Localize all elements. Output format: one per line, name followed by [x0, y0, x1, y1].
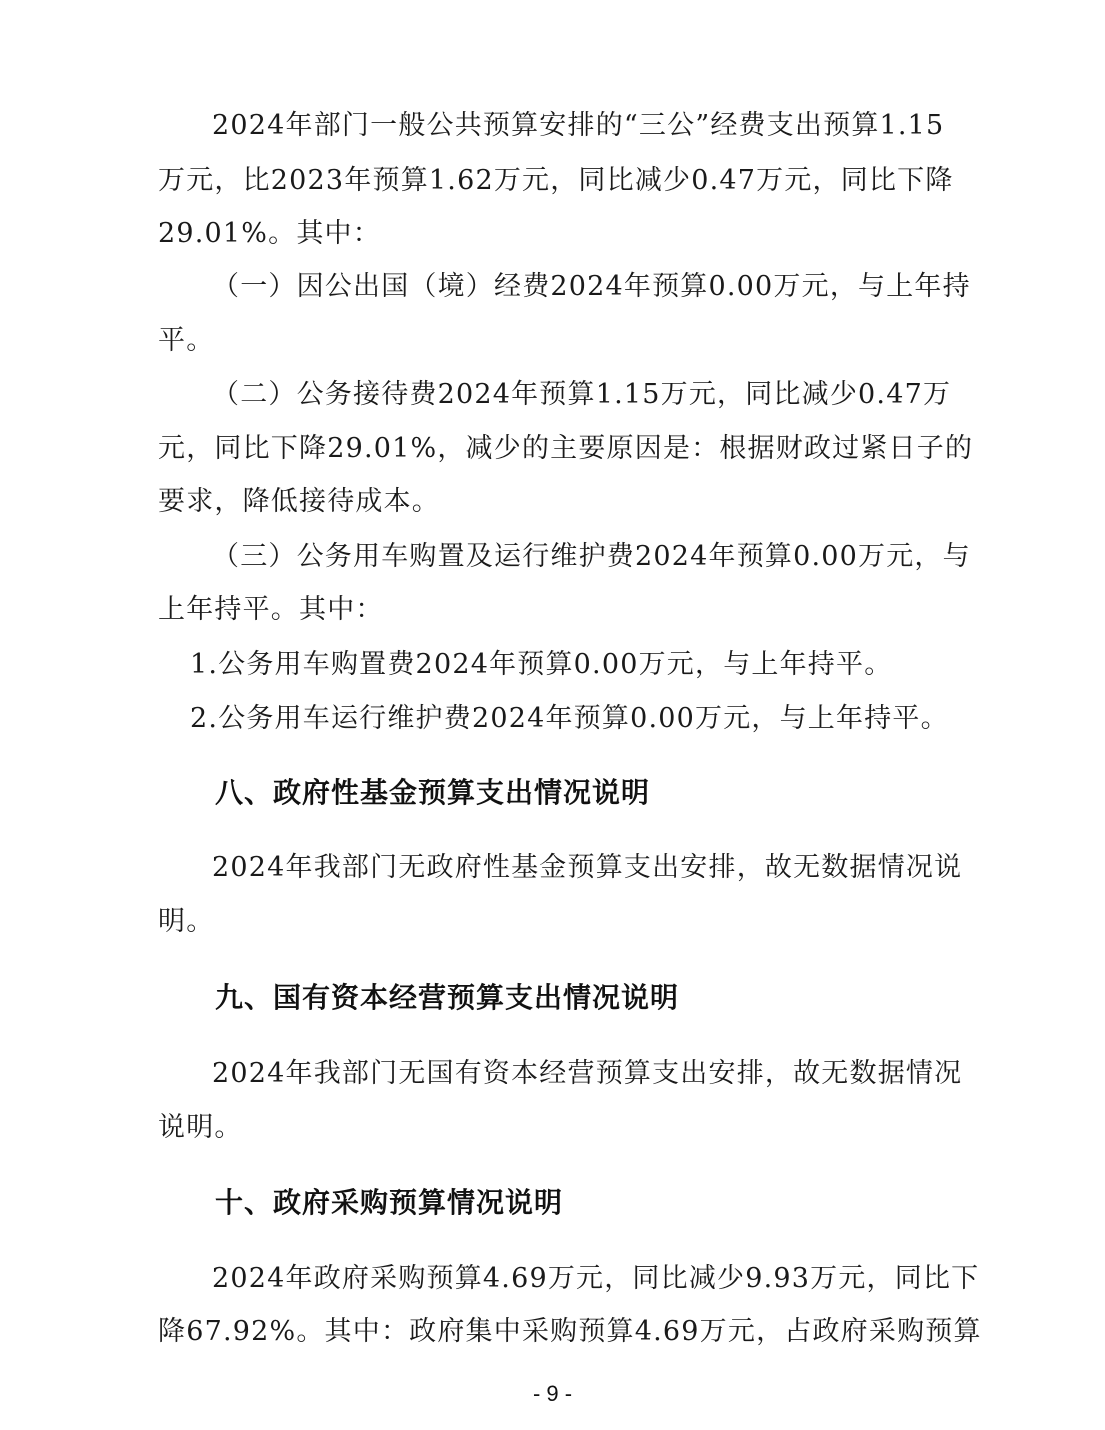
- paragraph-vehicles-line-1: （三）公务用车购置及运行维护费2024年预算0.00万元，与: [212, 540, 971, 574]
- document-page: 2024年部门一般公共预算安排的“三公”经费支出预算1.15 万元，比2023年…: [0, 0, 1105, 1430]
- paragraph-reception-line-3: 要求，降低接待成本。: [158, 485, 440, 519]
- paragraph-procurement-line-1: 2024年政府采购预算4.69万元，同比减少9.93万元，同比下: [212, 1262, 979, 1296]
- paragraph-san-gong-line-1: 2024年部门一般公共预算安排的“三公”经费支出预算1.15: [212, 109, 944, 143]
- paragraph-overseas-line-2: 平。: [158, 324, 214, 358]
- paragraph-san-gong-line-3: 29.01%。其中：: [158, 217, 381, 251]
- page-number: - 9 -: [0, 1380, 1105, 1408]
- paragraph-state-capital-line-1: 2024年我部门无国有资本经营预算支出安排，故无数据情况: [212, 1057, 962, 1091]
- paragraph-overseas-line-1: （一）因公出国（境）经费2024年预算0.00万元，与上年持: [212, 270, 971, 304]
- list-item-vehicle-purchase: 1.公务用车购置费2024年预算0.00万元，与上年持平。: [190, 648, 892, 682]
- section-heading-government-fund: 八、政府性基金预算支出情况说明: [215, 775, 650, 811]
- paragraph-san-gong-line-2: 万元，比2023年预算1.62万元，同比减少0.47万元，同比下降: [158, 164, 954, 198]
- paragraph-government-fund-line-2: 明。: [158, 905, 214, 939]
- section-heading-procurement: 十、政府采购预算情况说明: [215, 1185, 563, 1221]
- paragraph-reception-line-2: 元，同比下降29.01%，减少的主要原因是：根据财政过紧日子的: [158, 432, 973, 466]
- section-heading-state-capital: 九、国有资本经营预算支出情况说明: [215, 980, 679, 1016]
- paragraph-vehicles-line-2: 上年持平。其中：: [158, 593, 384, 627]
- paragraph-government-fund-line-1: 2024年我部门无政府性基金预算支出安排，故无数据情况说: [212, 851, 962, 885]
- paragraph-procurement-line-2: 降67.92%。其中：政府集中采购预算4.69万元，占政府采购预算: [158, 1315, 982, 1349]
- list-item-vehicle-maintenance: 2.公务用车运行维护费2024年预算0.00万元，与上年持平。: [190, 702, 949, 736]
- paragraph-reception-line-1: （二）公务接待费2024年预算1.15万元，同比减少0.47万: [212, 378, 951, 412]
- paragraph-state-capital-line-2: 说明。: [158, 1111, 243, 1145]
